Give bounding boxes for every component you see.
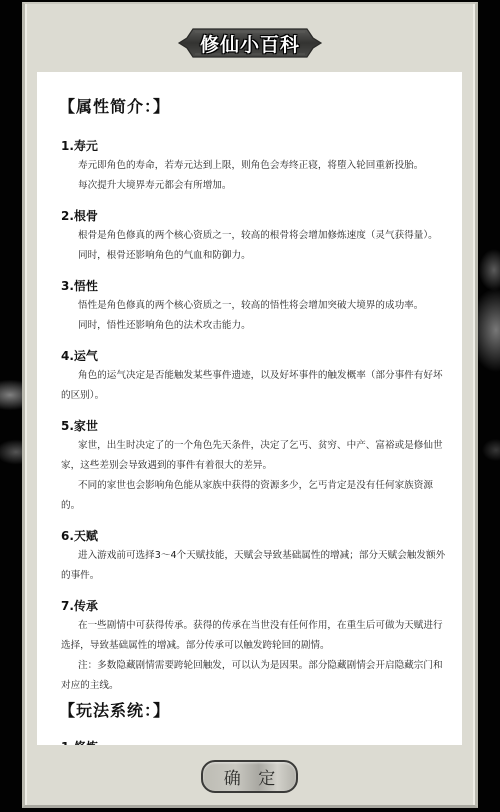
item-paragraph: 同时，悟性还影响角色的法术攻击能力。: [61, 316, 451, 336]
attribute-item-lifespan: 1.寿元 寿元即角色的寿命，若寿元达到上限，则角色会寿终正寝，将堕入轮回重新投胎…: [61, 138, 451, 196]
item-paragraph: 悟性是角色修真的两个核心资质之一，较高的悟性将会增加突破大境界的成功率。: [61, 296, 451, 316]
item-paragraph: 注：多数隐藏剧情需要跨轮回触发，可以认为是因果。部分隐藏剧情会开启隐藏宗门和对应…: [61, 656, 451, 696]
attribute-item-talent: 6.天赋 进入游戏前可选择3～4个天赋技能，天赋会导致基础属性的增减；部分天赋会…: [61, 528, 451, 586]
item-paragraph: 不同的家世也会影响角色能从家族中获得的资源多少，乞丐肯定是没有任何家族资源的。: [61, 476, 451, 516]
item-title: 6.天赋: [61, 528, 451, 544]
confirm-button[interactable]: 确 定: [201, 760, 298, 793]
attribute-item-bone: 2.根骨 根骨是角色修真的两个核心资质之一，较高的根骨将会增加修炼速度（灵气获得…: [61, 208, 451, 266]
section-header-attributes: 【属性简介：】: [37, 94, 170, 117]
item-title: 2.根骨: [61, 208, 451, 224]
item-title: 3.悟性: [61, 278, 451, 294]
scrollable-content-area[interactable]: 【属性简介：】 1.寿元 寿元即角色的寿命，若寿元达到上限，则角色会寿终正寝，将…: [37, 72, 462, 745]
attribute-item-luck: 4.运气 角色的运气决定是否能触发某些事件遗迹，以及好坏事件的触发概率（部分事件…: [61, 348, 451, 406]
item-paragraph: 家世，出生时决定了的一个角色先天条件，决定了乞丐、贫穷、中产、富裕或是修仙世家，…: [61, 436, 451, 476]
dialog-title-plate: 修仙小百科: [177, 26, 323, 60]
item-paragraph: 每次提升大境界寿元都会有所增加。: [61, 176, 451, 196]
item-title: 5.家世: [61, 418, 451, 434]
item-paragraph: 寿元即角色的寿命，若寿元达到上限，则角色会寿终正寝，将堕入轮回重新投胎。: [61, 156, 451, 176]
item-title: 7.传承: [61, 598, 451, 614]
attribute-item-family: 5.家世 家世，出生时决定了的一个角色先天条件，决定了乞丐、贫穷、中产、富裕或是…: [61, 418, 451, 516]
section-header-gameplay: 【玩法系统：】: [37, 698, 170, 721]
confirm-button-label: 确 定: [218, 764, 281, 789]
item-title: 4.运气: [61, 348, 451, 364]
item-paragraph: 同时，根骨还影响角色的气血和防御力。: [61, 246, 451, 266]
item-title: 1.寿元: [61, 138, 451, 154]
dialog-title: 修仙小百科: [200, 30, 300, 57]
attribute-item-inheritance: 7.传承 在一些剧情中可获得传承。获得的传承在当世没有任何作用，在重生后可做为天…: [61, 598, 451, 696]
item-paragraph: 在一些剧情中可获得传承。获得的传承在当世没有任何作用，在重生后可做为天赋进行选择…: [61, 616, 451, 656]
item-title-clipped: 1.修炼: [61, 738, 98, 745]
item-paragraph: 根骨是角色修真的两个核心资质之一，较高的根骨将会增加修炼速度（灵气获得量）。: [61, 226, 451, 246]
attribute-item-comprehension: 3.悟性 悟性是角色修真的两个核心资质之一，较高的悟性将会增加突破大境界的成功率…: [61, 278, 451, 336]
item-paragraph: 角色的运气决定是否能触发某些事件遗迹，以及好坏事件的触发概率（部分事件有好坏的区…: [61, 366, 451, 406]
item-paragraph: 进入游戏前可选择3～4个天赋技能，天赋会导致基础属性的增减；部分天赋会触发额外的…: [61, 546, 451, 586]
